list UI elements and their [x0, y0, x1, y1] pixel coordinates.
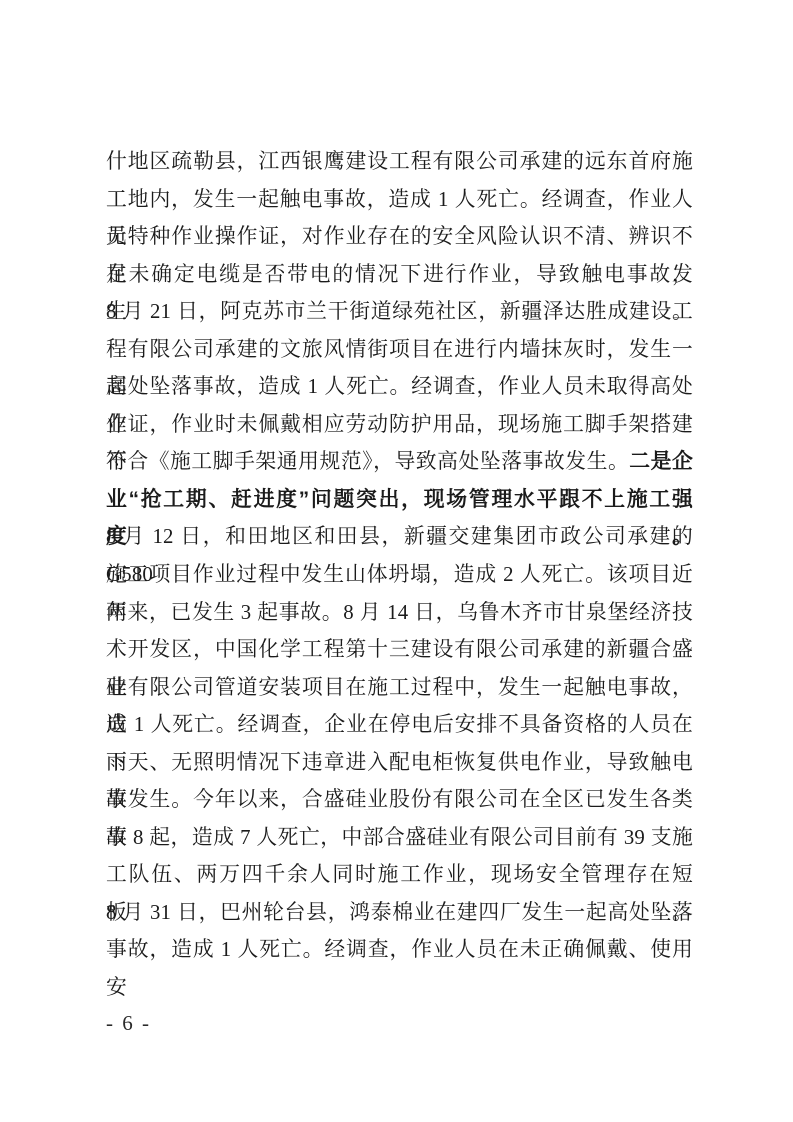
text-line: 年来，已发生 3 起事故。8 月 14 日，乌鲁木齐市甘泉堡经济技: [106, 594, 693, 632]
text-line: 在未确定电缆是否带电的情况下进行作业，导致触电事故发生。: [106, 256, 693, 294]
text-line: 雨天、无照明情况下违章进入配电柜恢复供电作业，导致触电事: [106, 744, 693, 782]
body-text: 故 8 起，造成 7 人死亡，中部合盛硅业有限公司目前有 39 支施: [106, 826, 693, 849]
text-line: 8 月 12 日，和田地区和田县，新疆交建集团市政公司承建的 G580: [106, 518, 693, 556]
text-line: 术开发区，中国化学工程第十三建设有限公司承建的新疆合盛硅: [106, 631, 693, 669]
body-text: 年来，已发生 3 起事故。8 月 14 日，乌鲁木齐市甘泉堡经济技: [106, 601, 693, 624]
page-number: - 6 -: [106, 1010, 151, 1036]
text-line: 8 月 31 日，巴州轮台县，鸿泰棉业在建四厂发生一起高处坠落: [106, 894, 693, 932]
text-line: 业证，作业时未佩戴相应劳动防护用品，现场施工脚手架搭建不: [106, 406, 693, 444]
text-line: 业有限公司管道安装项目在施工过程中，发生一起触电事故，造: [106, 669, 693, 707]
text-line: 程有限公司承建的文旅风情街项目在进行内墙抹灰时，发生一起: [106, 331, 693, 369]
document-text: 什地区疏勒县，江西银鹰建设工程有限公司承建的远东首府施工工地内，发生一起触电事故…: [106, 143, 693, 969]
document-page: 什地区疏勒县，江西银鹰建设工程有限公司承建的远东首府施工工地内，发生一起触电事故…: [0, 0, 793, 1122]
text-line: 无特种作业操作证，对作业存在的安全风险认识不清、辨识不足，: [106, 218, 693, 256]
text-line: 事故，造成 1 人死亡。经调查，作业人员在未正确佩戴、使用安: [106, 931, 693, 969]
text-line: 工地内，发生一起触电事故，造成 1 人死亡。经调查，作业人员: [106, 181, 693, 219]
body-text: 8 月 31 日，巴州轮台县，鸿泰棉业在建四厂发生一起高处坠落: [106, 901, 693, 924]
text-line: 故 8 起，造成 7 人死亡，中部合盛硅业有限公司目前有 39 支施: [106, 819, 693, 857]
text-line: 施工项目作业过程中发生山体坍塌，造成 2 人死亡。该项目近两: [106, 556, 693, 594]
text-line: 故发生。今年以来，合盛硅业股份有限公司在全区已发生各类事: [106, 781, 693, 819]
body-text: 符合《施工脚手架通用规范》，导致高处坠落事故发生。: [106, 450, 629, 473]
emphasis-text: 二是企: [629, 450, 693, 473]
text-line: 符合《施工脚手架通用规范》，导致高处坠落事故发生。二是企: [106, 443, 693, 481]
text-line: 业“抢工期、赶进度”问题突出，现场管理水平跟不上施工强度。: [106, 481, 693, 519]
body-text: 事故，造成 1 人死亡。经调查，作业人员在未正确佩戴、使用安: [106, 938, 693, 999]
text-line: 成 1 人死亡。经调查，企业在停电后安排不具备资格的人员在下: [106, 706, 693, 744]
text-line: 什地区疏勒县，江西银鹰建设工程有限公司承建的远东首府施工: [106, 143, 693, 181]
text-line: 工队伍、两万四千余人同时施工作业，现场安全管理存在短板。: [106, 856, 693, 894]
text-line: 8 月 21 日，阿克苏市兰干街道绿苑社区，新疆泽达胜成建设工: [106, 293, 693, 331]
text-line: 高处坠落事故，造成 1 人死亡。经调查，作业人员未取得高处作: [106, 368, 693, 406]
body-text: 8 月 21 日，阿克苏市兰干街道绿苑社区，新疆泽达胜成建设工: [106, 300, 693, 323]
